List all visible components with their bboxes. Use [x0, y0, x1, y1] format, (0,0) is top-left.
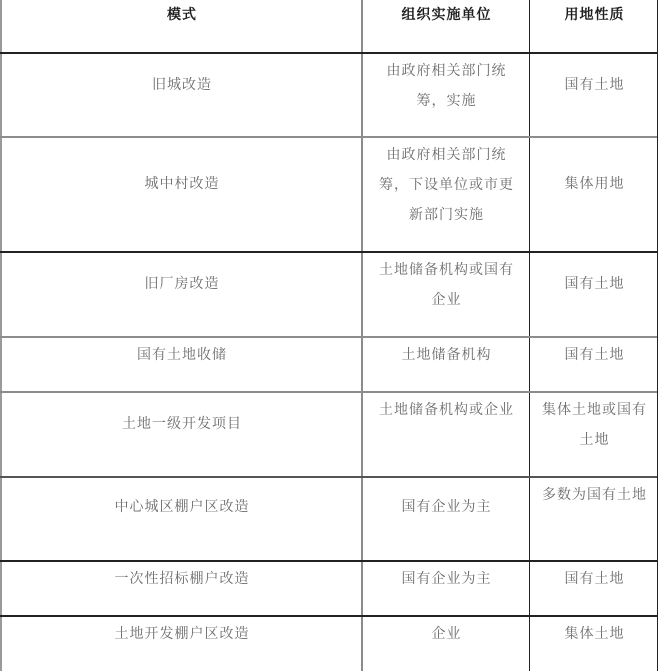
- cell-mode: 一次性招标棚户改造: [2, 562, 362, 594]
- land-mode-table: 模式 组织实施单位 用地性质 旧城改造 由政府相关部门统筹，实施 国有土地 城中…: [0, 0, 661, 671]
- cell-mode: 旧厂房改造: [2, 253, 362, 299]
- cell-land: 国有土地: [531, 54, 658, 100]
- table-row: 中心城区棚户区改造 国有企业为主 多数为国有土地: [0, 478, 661, 561]
- table-row: 旧厂房改造 土地储备机构或国有企业 国有土地: [0, 253, 661, 337]
- cell-mode: 土地一级开发项目: [2, 393, 362, 439]
- cell-mode: 国有土地收储: [2, 338, 362, 370]
- table-border-right: [657, 0, 658, 671]
- cell-unit: 企业: [363, 617, 530, 649]
- cell-land: 国有土地: [531, 338, 658, 370]
- table-row: 城中村改造 由政府相关部门统筹，下设单位或市更新部门实施 集体用地: [0, 138, 661, 252]
- cell-unit: 由政府相关部门统筹，下设单位或市更新部门实施: [363, 138, 530, 230]
- cell-unit: 土地储备机构或企业: [363, 393, 530, 425]
- row-divider: [0, 251, 657, 253]
- table-row: 土地一级开发项目 土地储备机构或企业 集体土地或国有土地: [0, 393, 661, 477]
- cell-mode: 旧城改造: [2, 54, 362, 100]
- table-row: 土地开发棚户区改造 企业 集体土地: [0, 617, 661, 671]
- cell-land: 集体用地: [531, 138, 658, 199]
- cell-mode: 土地开发棚户区改造: [2, 617, 362, 649]
- table-row: 国有土地收储 土地储备机构 国有土地: [0, 338, 661, 392]
- row-divider: [0, 615, 657, 617]
- header-unit: 组织实施单位: [363, 0, 530, 30]
- row-divider: [0, 391, 657, 393]
- cell-unit: 国有企业为主: [363, 562, 530, 594]
- cell-land: 国有土地: [531, 253, 658, 299]
- table-header-row: 模式 组织实施单位 用地性质: [0, 0, 661, 53]
- table-row: 一次性招标棚户改造 国有企业为主 国有土地: [0, 562, 661, 616]
- cell-land: 集体土地: [531, 617, 658, 649]
- cell-land: 集体土地或国有土地: [531, 393, 658, 455]
- cell-land: 国有土地: [531, 562, 658, 594]
- cell-mode: 中心城区棚户区改造: [2, 478, 362, 522]
- row-divider: [0, 560, 657, 562]
- header-land: 用地性质: [531, 0, 658, 30]
- row-divider: [0, 476, 657, 478]
- row-divider: [0, 136, 657, 138]
- table-row: 旧城改造 由政府相关部门统筹，实施 国有土地: [0, 54, 661, 136]
- cell-unit: 土地储备机构或国有企业: [363, 253, 530, 315]
- header-mode: 模式: [2, 0, 362, 30]
- cell-unit: 土地储备机构: [363, 338, 530, 370]
- cell-mode: 城中村改造: [2, 138, 362, 199]
- row-divider: [0, 52, 657, 54]
- cell-unit: 由政府相关部门统筹，实施: [363, 54, 530, 116]
- row-divider: [0, 336, 657, 338]
- cell-unit: 国有企业为主: [363, 478, 530, 522]
- cell-land: 多数为国有土地: [531, 478, 658, 510]
